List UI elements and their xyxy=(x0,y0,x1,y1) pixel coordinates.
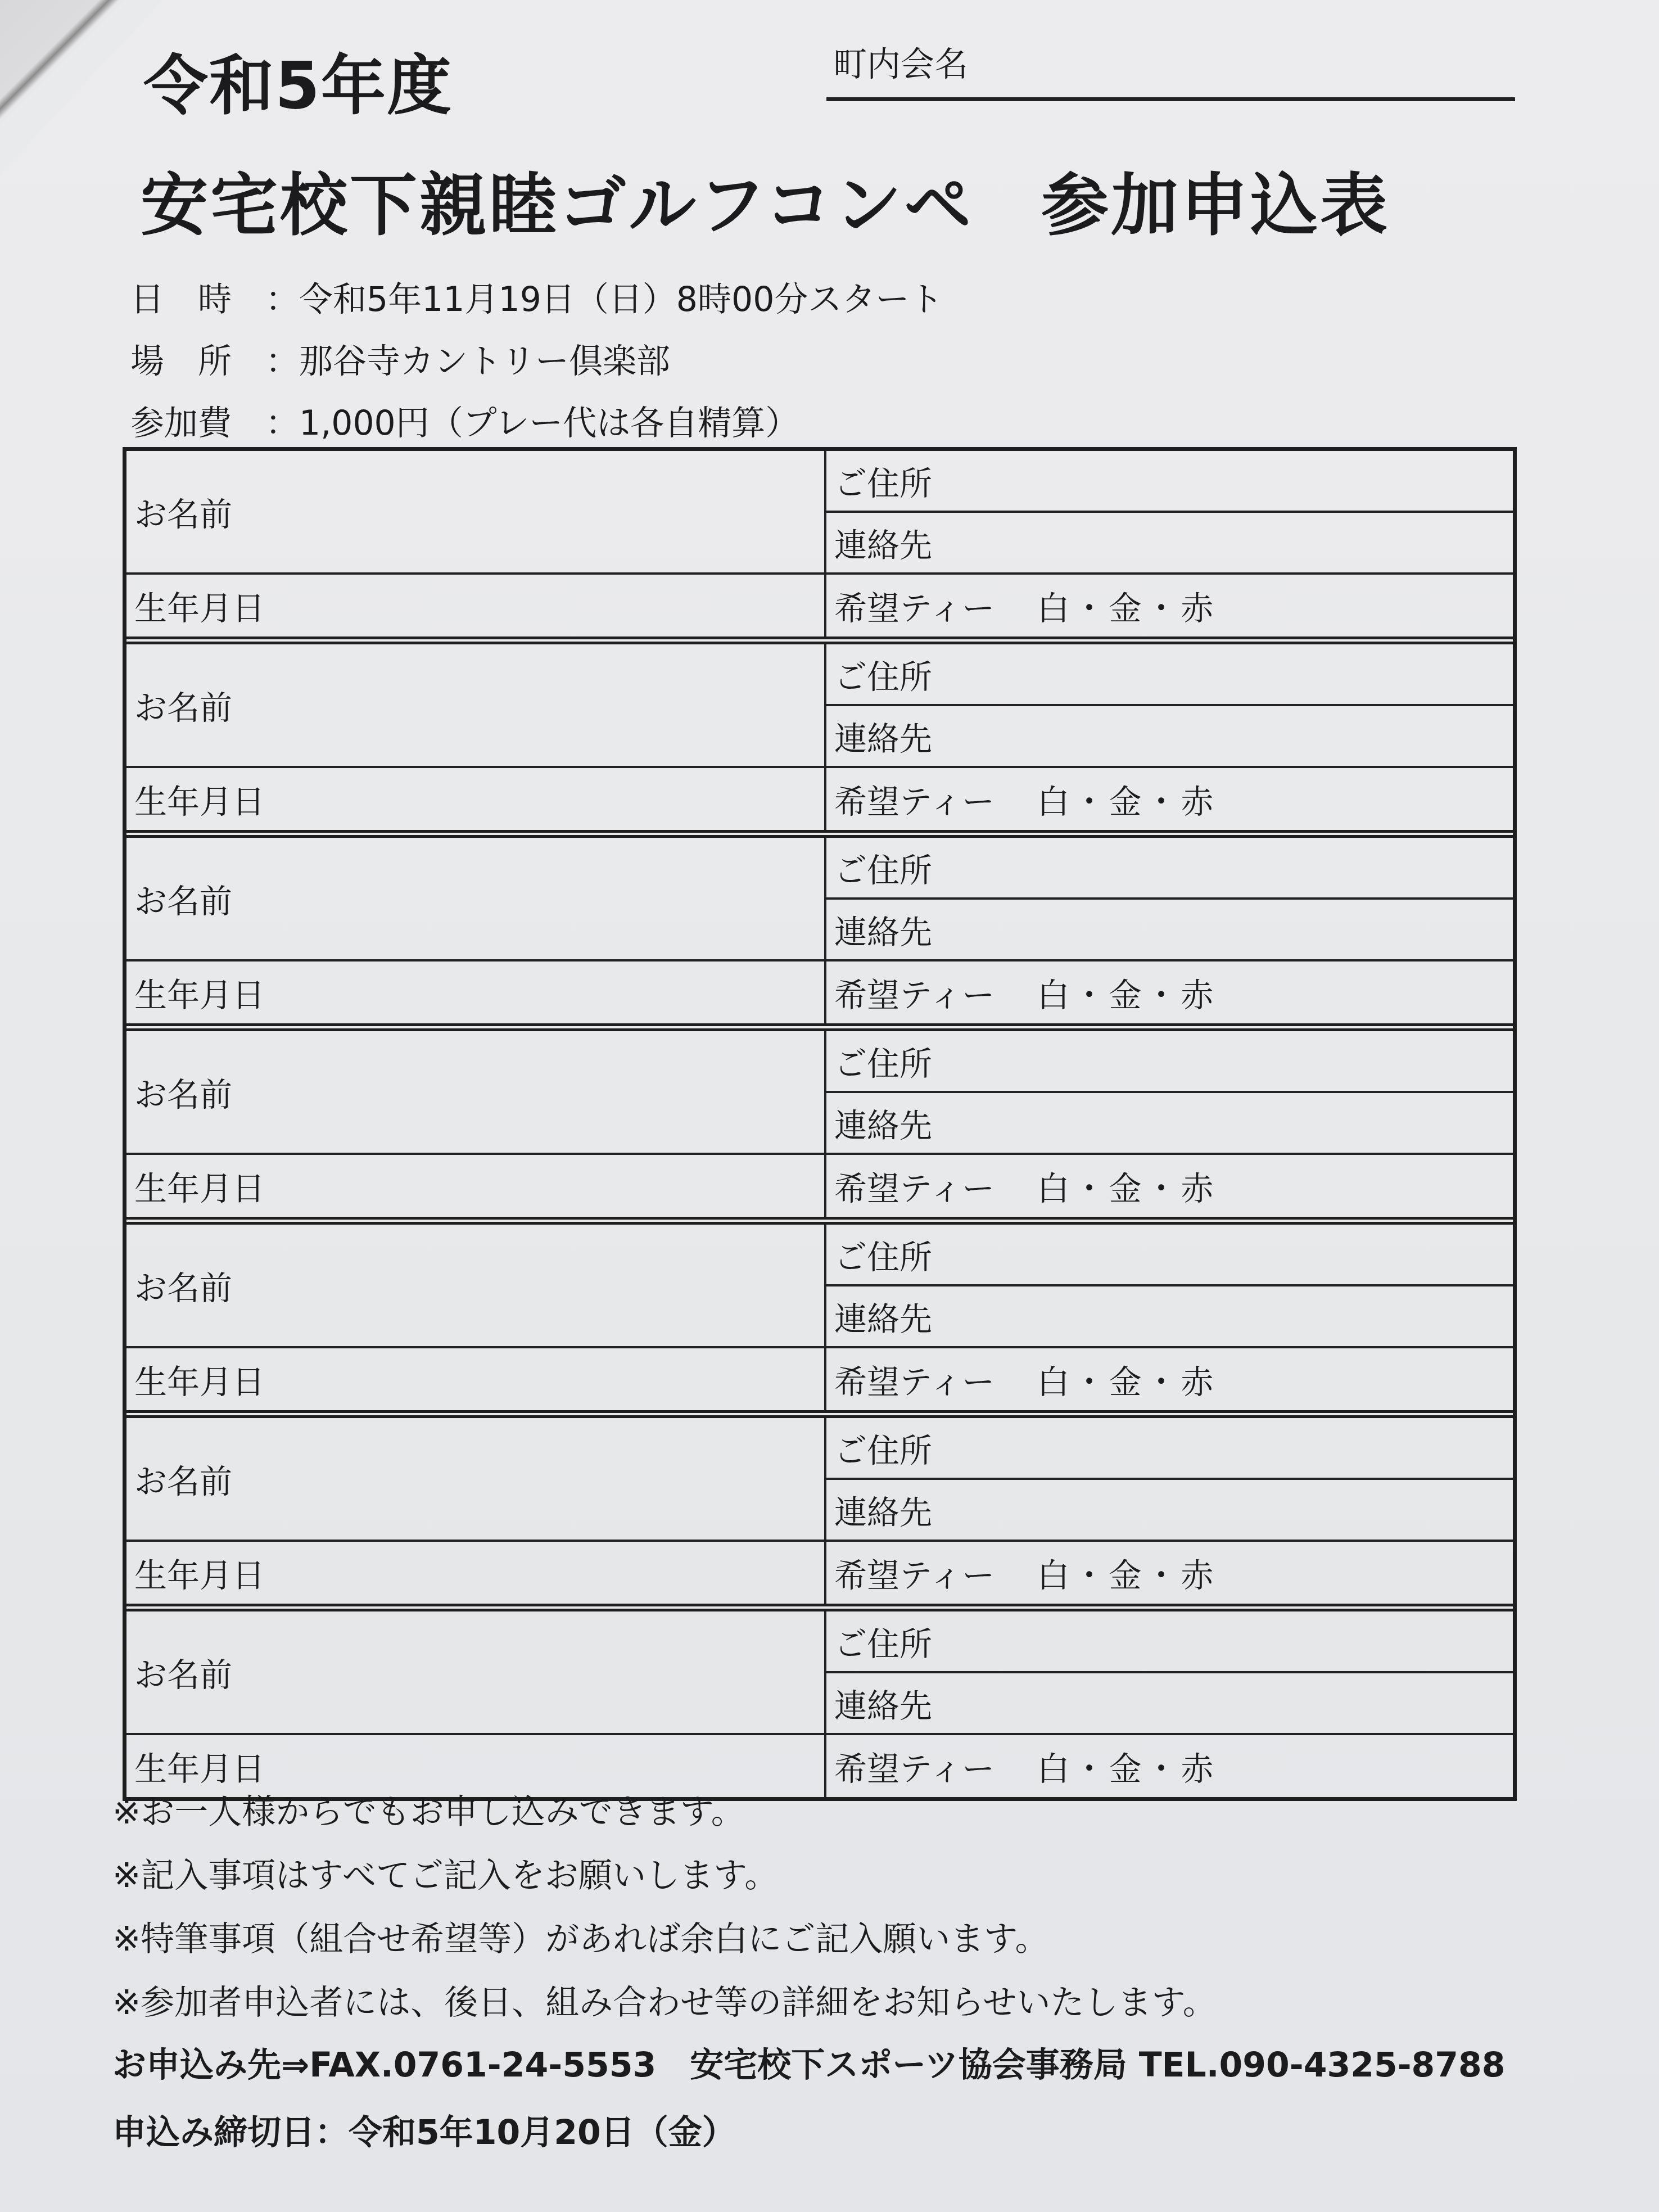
birthdate-field[interactable]: 生年月日 xyxy=(126,1542,826,1604)
tee-options[interactable]: 白・金・赤 xyxy=(1037,1549,1217,1596)
name-field[interactable]: お名前 xyxy=(126,644,826,768)
tee-preference-field[interactable]: 希望ティー白・金・赤 xyxy=(826,1348,1513,1410)
address-field[interactable]: ご住所 xyxy=(826,451,1513,513)
address-label: ご住所 xyxy=(834,651,932,698)
tee-label: 希望ティー xyxy=(834,582,995,629)
participant-block: お名前ご住所連絡先生年月日希望ティー白・金・赤 xyxy=(126,1031,1513,1225)
tee-options[interactable]: 白・金・赤 xyxy=(1037,1356,1217,1403)
tee-preference-field[interactable]: 希望ティー白・金・赤 xyxy=(826,1155,1513,1217)
birthdate-label: 生年月日 xyxy=(134,775,265,823)
participant-table: お名前ご住所連絡先生年月日希望ティー白・金・赤お名前ご住所連絡先生年月日希望ティ… xyxy=(123,447,1517,1801)
note-item: ※特筆事項（組合せ希望等）があれば余白にご記入願います。 xyxy=(112,1912,1217,1976)
tee-options[interactable]: 白・金・赤 xyxy=(1037,969,1217,1016)
birthdate-label: 生年月日 xyxy=(134,1162,265,1209)
tee-preference-field[interactable]: 希望ティー白・金・赤 xyxy=(826,1542,1513,1604)
neighborhood-association-label: 町内会名 xyxy=(833,38,968,86)
note-item: ※お一人様からでもお申し込みできます。 xyxy=(112,1785,1217,1849)
address-label: ご住所 xyxy=(834,844,932,891)
address-field[interactable]: ご住所 xyxy=(826,644,1513,706)
birthdate-field[interactable]: 生年月日 xyxy=(126,1155,826,1217)
address-label: ご住所 xyxy=(834,1618,932,1665)
form-title: 安宅校下親睦ゴルフコンペ参加申込表 xyxy=(141,152,1390,249)
name-field[interactable]: お名前 xyxy=(126,838,826,961)
info-value: 令和5年11月19日（日）8時00分スタート xyxy=(299,280,943,319)
tee-options[interactable]: 白・金・赤 xyxy=(1037,1742,1217,1790)
birthdate-label: 生年月日 xyxy=(134,1742,265,1790)
contact-field[interactable]: 連絡先 xyxy=(826,1480,1513,1542)
address-label: ご住所 xyxy=(834,457,932,504)
contact-label: 連絡先 xyxy=(834,1099,932,1146)
tee-options[interactable]: 白・金・赤 xyxy=(1037,775,1217,823)
tee-label: 希望ティー xyxy=(834,775,995,823)
info-label: 参加費 xyxy=(130,396,265,445)
address-field[interactable]: ご住所 xyxy=(826,1031,1513,1093)
name-label: お名前 xyxy=(134,1455,232,1502)
address-field[interactable]: ご住所 xyxy=(826,1225,1513,1286)
address-label: ご住所 xyxy=(834,1231,932,1278)
birthdate-field[interactable]: 生年月日 xyxy=(126,768,826,830)
name-field[interactable]: お名前 xyxy=(126,1611,826,1735)
contact-label: 連絡先 xyxy=(834,1680,932,1727)
address-field[interactable]: ご住所 xyxy=(826,1418,1513,1480)
info-label: 日 時 xyxy=(130,273,265,321)
application-contact: お申込み先⇒FAX.0761-24-5553安宅校下スポーツ協会事務局 TEL.… xyxy=(112,2038,1506,2087)
tee-label: 希望ティー xyxy=(834,969,995,1016)
birthdate-label: 生年月日 xyxy=(134,1356,265,1403)
name-field[interactable]: お名前 xyxy=(126,451,826,575)
contact-field[interactable]: 連絡先 xyxy=(826,1286,1513,1348)
participant-block: お名前ご住所連絡先生年月日希望ティー白・金・赤 xyxy=(126,1418,1513,1611)
participant-block: お名前ご住所連絡先生年月日希望ティー白・金・赤 xyxy=(126,1225,1513,1418)
contact-field[interactable]: 連絡先 xyxy=(826,1673,1513,1735)
name-label: お名前 xyxy=(134,875,232,922)
tee-options[interactable]: 白・金・赤 xyxy=(1037,1162,1217,1209)
birthdate-label: 生年月日 xyxy=(134,969,265,1016)
tee-preference-field[interactable]: 希望ティー白・金・赤 xyxy=(826,961,1513,1023)
contact-field[interactable]: 連絡先 xyxy=(826,900,1513,961)
address-field[interactable]: ご住所 xyxy=(826,1611,1513,1673)
info-datetime: 日 時：令和5年11月19日（日）8時00分スタート xyxy=(130,273,943,321)
application-deadline: 申込み締切日：令和5年10月20日（金） xyxy=(112,2106,736,2154)
info-label: 場 所 xyxy=(130,335,265,383)
tee-label: 希望ティー xyxy=(834,1356,995,1403)
name-label: お名前 xyxy=(134,488,232,535)
tee-preference-field[interactable]: 希望ティー白・金・赤 xyxy=(826,768,1513,830)
name-field[interactable]: お名前 xyxy=(126,1225,826,1348)
notes-list: ※お一人様からでもお申し込みできます。 ※記入事項はすべてご記入をお願いします。… xyxy=(112,1785,1217,2039)
participant-block: お名前ご住所連絡先生年月日希望ティー白・金・赤 xyxy=(126,1611,1513,1797)
contact-label: 連絡先 xyxy=(834,906,932,953)
address-label: ご住所 xyxy=(834,1037,932,1085)
name-label: お名前 xyxy=(134,1068,232,1116)
neighborhood-association-field[interactable]: 町内会名 xyxy=(826,37,1515,101)
address-label: ご住所 xyxy=(834,1424,932,1471)
name-label: お名前 xyxy=(134,1649,232,1696)
info-fee: 参加費：1,000円（プレー代は各自精算） xyxy=(130,396,799,445)
note-item: ※記入事項はすべてご記入をお願いします。 xyxy=(112,1849,1217,1912)
participant-block: お名前ご住所連絡先生年月日希望ティー白・金・赤 xyxy=(126,838,1513,1031)
contact-field[interactable]: 連絡先 xyxy=(826,1093,1513,1155)
birthdate-field[interactable]: 生年月日 xyxy=(126,575,826,636)
tee-label: 希望ティー xyxy=(834,1742,995,1790)
birthdate-label: 生年月日 xyxy=(134,1549,265,1596)
office-contact: 安宅校下スポーツ協会事務局 TEL.090-4325-8788 xyxy=(690,2046,1505,2085)
contact-field[interactable]: 連絡先 xyxy=(826,706,1513,768)
name-label: お名前 xyxy=(134,681,232,729)
contact-field[interactable]: 連絡先 xyxy=(826,513,1513,575)
name-label: お名前 xyxy=(134,1262,232,1309)
fiscal-year-heading: 令和5年度 xyxy=(143,34,453,127)
birthdate-field[interactable]: 生年月日 xyxy=(126,961,826,1023)
note-item: ※参加者申込者には、後日、組み合わせ等の詳細をお知らせいたします。 xyxy=(112,1976,1217,2039)
event-name: 安宅校下親睦ゴルフコンペ xyxy=(141,167,974,245)
address-field[interactable]: ご住所 xyxy=(826,838,1513,900)
info-venue: 場 所：那谷寺カントリー倶楽部 xyxy=(130,335,670,383)
tee-preference-field[interactable]: 希望ティー白・金・赤 xyxy=(826,575,1513,636)
info-value: 1,000円（プレー代は各自精算） xyxy=(299,404,799,443)
contact-label: 連絡先 xyxy=(834,519,932,566)
participant-block: お名前ご住所連絡先生年月日希望ティー白・金・赤 xyxy=(126,451,1513,644)
info-value: 那谷寺カントリー倶楽部 xyxy=(299,342,670,381)
name-field[interactable]: お名前 xyxy=(126,1418,826,1542)
tee-label: 希望ティー xyxy=(834,1162,995,1209)
contact-label: 連絡先 xyxy=(834,1293,932,1340)
tee-label: 希望ティー xyxy=(834,1549,995,1596)
birthdate-label: 生年月日 xyxy=(134,582,265,629)
contact-label: 連絡先 xyxy=(834,1486,932,1533)
participant-block: お名前ご住所連絡先生年月日希望ティー白・金・赤 xyxy=(126,644,1513,838)
fax-contact: お申込み先⇒FAX.0761-24-5553 xyxy=(112,2046,656,2085)
form-type: 参加申込表 xyxy=(1041,167,1390,245)
name-field[interactable]: お名前 xyxy=(126,1031,826,1155)
tee-options[interactable]: 白・金・赤 xyxy=(1037,582,1217,629)
contact-label: 連絡先 xyxy=(834,712,932,760)
birthdate-field[interactable]: 生年月日 xyxy=(126,1348,826,1410)
